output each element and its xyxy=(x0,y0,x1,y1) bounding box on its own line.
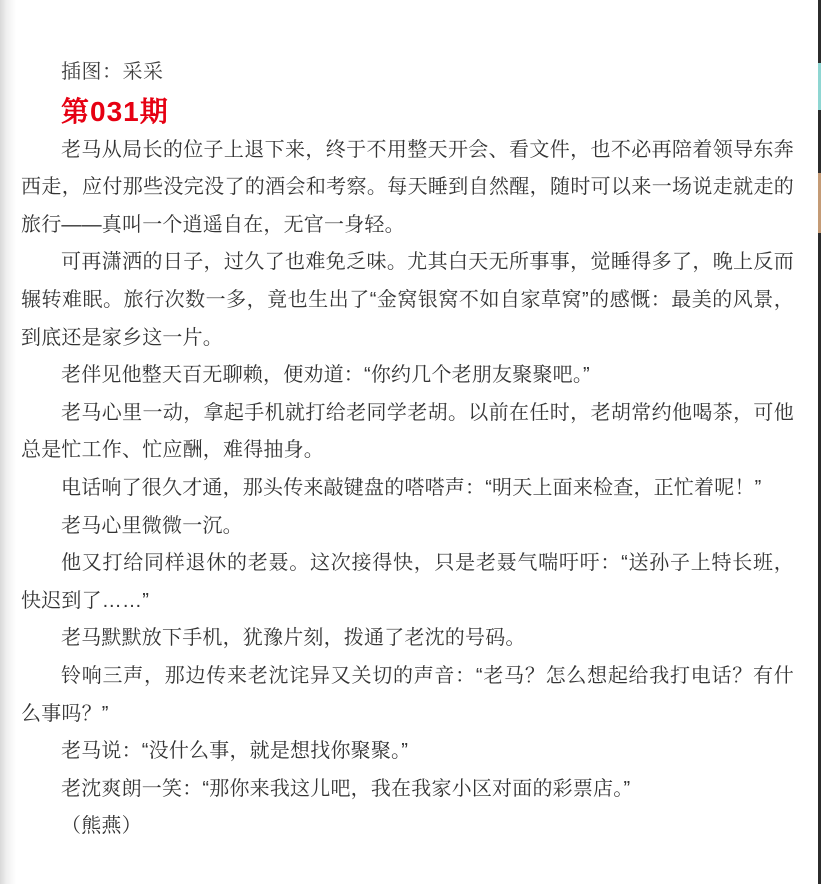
story-paragraph: 老马心里微微一沉。 xyxy=(21,508,794,546)
story-content: 插图：采采 第031期 老马从局长的位子上退下来，终于不用整天开会、看文件，也不… xyxy=(0,0,818,846)
story-paragraph: 可再潇洒的日子，过久了也难免乏味。尤其白天无所事事，觉睡得多了，晚上反而辗转难眠… xyxy=(21,244,794,357)
illustration-credit: 插图：采采 xyxy=(21,54,794,92)
story-paragraph: 他又打给同样退休的老聂。这次接得快，只是老聂气喘吁吁：“送孙子上特长班，快迟到了… xyxy=(21,545,794,620)
story-paragraph: 老马从局长的位子上退下来，终于不用整天开会、看文件，也不必再陪着领导东奔西走，应… xyxy=(21,132,794,245)
story-paragraph: 老马心里一动，拿起手机就打给老同学老胡。以前在任时，老胡常约他喝茶，可他总是忙工… xyxy=(21,395,794,470)
story-page: 插图：采采 第031期 老马从局长的位子上退下来，终于不用整天开会、看文件，也不… xyxy=(0,0,821,884)
author-credit: （熊燕） xyxy=(21,808,794,846)
story-paragraph: 电话响了很久才通，那头传来敲键盘的嗒嗒声：“明天上面来检查，正忙着呢！” xyxy=(21,470,794,508)
story-body: 老马从局长的位子上退下来，终于不用整天开会、看文件，也不必再陪着领导东奔西走，应… xyxy=(21,132,794,846)
story-paragraph: 老伴见他整天百无聊赖，便劝道：“你约几个老朋友聚聚吧。” xyxy=(21,357,794,395)
story-paragraph: 铃响三声，那边传来老沈诧异又关切的声音：“老马？怎么想起给我打电话？有什么事吗？… xyxy=(21,658,794,733)
issue-title: 第031期 xyxy=(61,92,794,132)
story-paragraph: 老马默默放下手机，犹豫片刻，拨通了老沈的号码。 xyxy=(21,620,794,658)
story-paragraph: 老沈爽朗一笑：“那你来我这儿吧，我在我家小区对面的彩票店。” xyxy=(21,771,794,809)
story-paragraph: 老马说：“没什么事，就是想找你聚聚。” xyxy=(21,733,794,771)
